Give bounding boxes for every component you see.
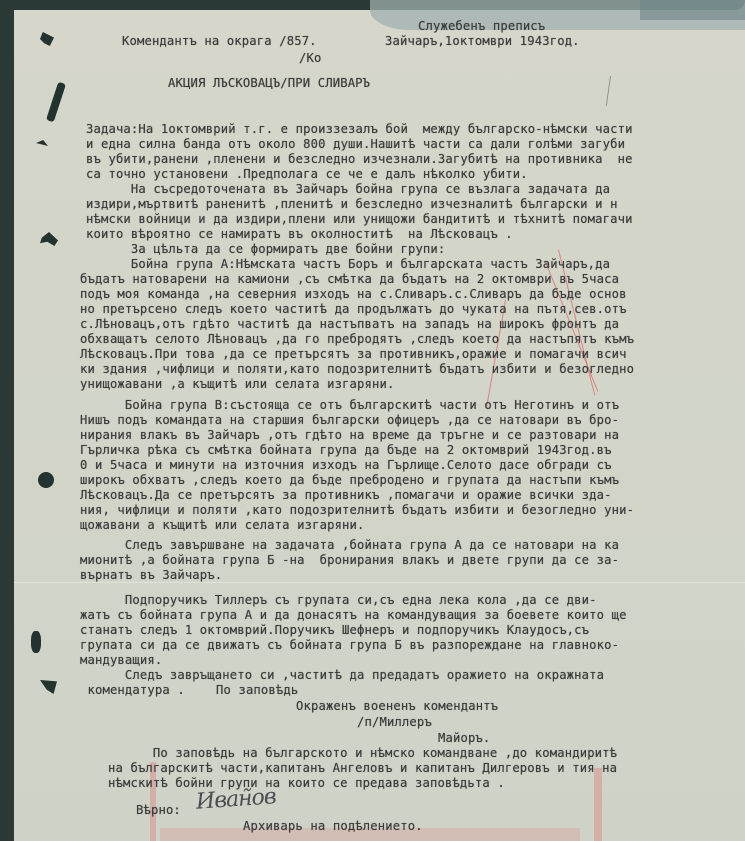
body-line: са точно установени .Предполага се че е … [86, 167, 528, 182]
body-line: станатъ следъ 1 октомврий.Поручикъ Шефне… [80, 623, 589, 638]
body-line: 0 и 5часа и минути на източния изходъ на… [80, 458, 612, 473]
body-line: На съсредоточената въ Зайчаръ бойна груп… [86, 182, 610, 197]
body-line: но претърсено следъ което частитѣ да про… [80, 302, 627, 317]
body-line: обхващатъ селото Лѣновацъ ,да го преброд… [80, 332, 634, 347]
body-line: жатъ съ бойната група А и да донасятъ на… [80, 608, 627, 623]
body-line: За цѣльта да се формиратъ две бойни груп… [86, 242, 445, 257]
certified-label: Вѣрно: [136, 803, 181, 818]
body-line: Лѣсковацъ.При това ,да се претърсятъ за … [80, 347, 627, 362]
body-line: мандуващия. [80, 653, 162, 668]
commander-signature: /п/Миллеръ [357, 715, 432, 730]
body-line: ки здания ,чифлици и поляти,като подозри… [80, 362, 634, 377]
commander-title: Окраженъ военeнъ комендантъ [296, 699, 498, 714]
body-line: нирания влакъ въ Зайчаръ ,отъ гдѣто на в… [80, 428, 619, 443]
body-line: групата си да се движатъ съ бойната груп… [80, 638, 619, 653]
body-line: Гърличка рѣка съ смѣтка бойната група да… [80, 443, 612, 458]
place-date: Зайчаръ,1октомври 1943год. [385, 34, 580, 49]
commander-rank: Майоръ. [438, 731, 490, 746]
body-line: и една силна банда отъ около 800 души.На… [86, 137, 625, 152]
body-line: комендатура . [80, 683, 185, 698]
body-line: Задача:На 1октомврий т.г. е произзезалъ … [86, 122, 633, 137]
body-line: с.Лѣновацъ,отъ гдѣто частитѣ да настъпва… [80, 317, 619, 332]
body-line: унищожавани ,а къщитѣ или селата изгарян… [80, 377, 394, 392]
by-order-label: По заповѣдь [216, 683, 298, 698]
body-line: Лѣсковацъ.Да се претърсятъ за противникъ… [80, 488, 612, 503]
body-line: ния, чифлици и поляти ,като подозрителни… [80, 503, 634, 518]
body-line: въ убити,ранени ,пленени и безследно изч… [86, 152, 633, 167]
body-line: издири,мъртвитѣ раненитѣ ,пленитѣ и безс… [86, 197, 618, 212]
distribution-line: По заповѣдь на българското и нѣмско кома… [108, 746, 617, 761]
body-line: Подпоручикъ Тиллеръ съ групата си,съ едн… [80, 593, 597, 608]
body-line: Следъ завръщането си ,частитѣ да предада… [80, 668, 604, 683]
classification-label: Служебенъ преписъ [418, 19, 545, 34]
body-line: мионитѣ ,а бойната група Б -на бронирани… [80, 553, 619, 568]
distribution-line: на българскитѣ части,капитанъ Ангеловъ и… [108, 761, 617, 776]
body-line: Нишъ подъ командата на старшия български… [80, 413, 619, 428]
document-title: АКЦИЯ ЛЪСКОВАЦЪ/ПРИ СЛИВАРЪ [168, 76, 370, 91]
body-line: подъ моя команда ,на северния изходъ на … [80, 287, 627, 302]
body-line: върнатъ въ Зайчаръ. [80, 568, 222, 583]
body-line: Следъ завършване на задачата ,бойната гр… [80, 538, 619, 553]
distribution-line: нѣмскитѣ бойни групи на които се предава… [108, 776, 505, 791]
handwritten-signature: Иван̃ов [195, 784, 276, 814]
body-line: бъдатъ натоварени на камиони ,съ смѣтка … [80, 272, 619, 287]
body-line: които вѣроятно се намиратъ въ околностит… [86, 227, 513, 242]
reference-number: /Ко [299, 51, 321, 66]
body-line: щожавани а къщитѣ или селата изгаряни. [80, 518, 365, 533]
archivist-title: Архиварь на подѣлението. [243, 819, 423, 834]
document: Служебенъ преписъ Комендантъ на окрага /… [0, 0, 745, 841]
body-line: нѣмски войници и да издири,плени или уни… [86, 212, 633, 227]
body-line: широкъ обхватъ ,следъ което да бъде преб… [80, 473, 619, 488]
body-line: Бойна група В:състояща се отъ българскит… [80, 398, 619, 413]
body-line: Бойна група А:Нѣмската частъ Боръ и бълг… [86, 257, 610, 272]
issuer: Комендантъ на окрага /857. [122, 34, 317, 49]
